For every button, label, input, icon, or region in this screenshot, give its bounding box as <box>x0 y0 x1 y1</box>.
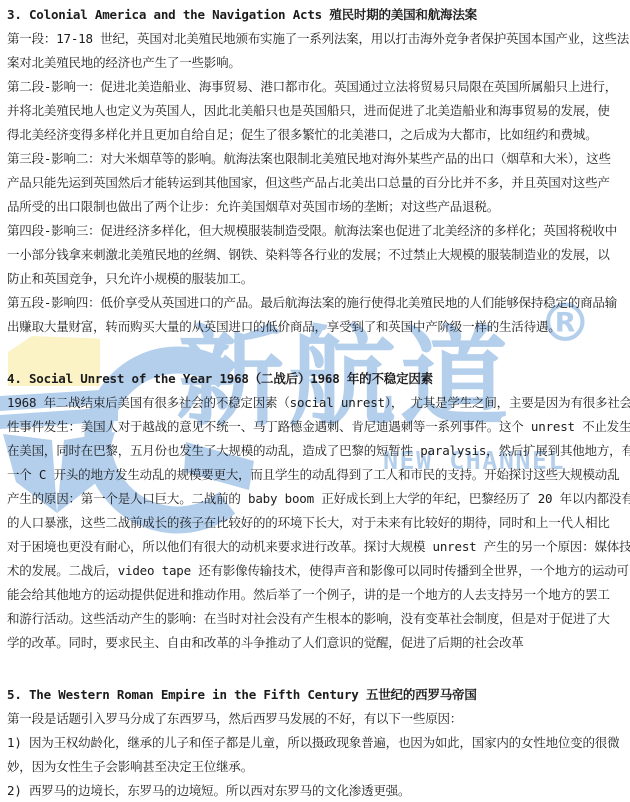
text-line: 第一段：17-18 世纪，英国对北美殖民地颁布实施了一系列法案，用以打击海外竞争… <box>7 27 625 51</box>
text-line: 第三段-影响二：对大米烟草等的影响。航海法案也限制北美殖民地对海外某些产品的出口… <box>7 147 625 171</box>
section-gap <box>7 655 625 683</box>
text-line: 能会给其他地方的运动提供促进和推动作用。然后举了一个例子，讲的是一个地方的人去支… <box>7 583 625 607</box>
text-line: 得北美经济变得多样化并且更加自给自足；促生了很多繁忙的北美港口，之后成为大都市，… <box>7 123 625 147</box>
text-line: 第二段-影响一：促进北美造船业、海事贸易、港口都市化。英国通过立法将贸易只局限在… <box>7 75 625 99</box>
text-line: 对于困境也更没有耐心，所以他们有很大的动机来要求进行改革。探讨大规模 unres… <box>7 535 625 559</box>
text-line: 1) 因为王权幼龄化，继承的儿子和侄子都是儿童，所以摄政现象普遍，也因为如此，国… <box>7 731 625 755</box>
text-line: 2) 西罗马的边境长，东罗马的边境短。所以西对东罗马的文化渗透更强。 <box>7 779 625 802</box>
text-line: 术的发展。二战后，video tape 还有影像传输技术，使得声音和影像可以同时… <box>7 559 625 583</box>
text-line: 案对北美殖民地的经济也产生了一些影响。 <box>7 51 625 75</box>
text-line: 一个 C 开头的地方发生动乱的规模要更大，而且学生的动乱得到了工人和市民的支持。… <box>7 463 625 487</box>
section-title: 3. Colonial America and the Navigation A… <box>7 3 625 27</box>
section-title: 5. The Western Roman Empire in the Fifth… <box>7 683 625 707</box>
text-line: 产生的原因：第一个是人口巨大。二战前的 baby boom 正好成长到上大学的年… <box>7 487 625 511</box>
document-text: 3. Colonial America and the Navigation A… <box>7 3 625 802</box>
text-line: 学的改革。同时，要求民主、自由和改革的斗争推动了人们意识的觉醒，促进了后期的社会… <box>7 631 625 655</box>
text-line: 一小部分钱拿来刺激北美殖民地的丝绸、钢铁、染料等各行业的发展；不过禁止大规模的服… <box>7 243 625 267</box>
section-title: 4. Social Unrest of the Year 1968（二战后）19… <box>7 367 625 391</box>
section-gap <box>7 339 625 367</box>
text-line: 第一段是话题引入罗马分成了东西罗马，然后西罗马发展的不好，有以下一些原因： <box>7 707 625 731</box>
text-line: 1968 年二战结束后美国有很多社会的不稳定因素（social unrest），… <box>7 391 625 415</box>
text-line: 和游行活动。这些活动产生的影响：在当时对社会没有产生根本的影响，没有变革社会制度… <box>7 607 625 631</box>
text-line: 品所受的出口限制也做出了两个让步：允许美国烟草对英国市场的垄断；对这些产品退税。 <box>7 195 625 219</box>
text-line: 第五段-影响四：低价享受从英国进口的产品。最后航海法案的施行使得北美殖民地的人们… <box>7 291 625 315</box>
text-line: 在美国，同时在巴黎，五月份也发生了大规模的动乱，造成了巴黎的短暂性 paraly… <box>7 439 625 463</box>
text-line: 性事件发生：美国人对于越战的意见不统一、马丁路德金遇刺、肯尼迪遇刺等一系列事件。… <box>7 415 625 439</box>
text-line: 并将北美殖民地人也定义为英国人，因此北美船只也是英国船只，进而促进了北美造船业和… <box>7 99 625 123</box>
text-line: 妙，因为女性生子会影响甚至决定王位继承。 <box>7 755 625 779</box>
text-line: 产品只能先运到英国然后才能转运到其他国家，但这些产品占北美出口总量的百分比并不多… <box>7 171 625 195</box>
text-line: 出赚取大量财富，转而购买大量的从英国进口的低价商品，享受到了和英国中产阶级一样的… <box>7 315 625 339</box>
text-line: 防止和英国竞争，只允许小规模的服装加工。 <box>7 267 625 291</box>
text-line: 的人口暴涨，这些二战前成长的孩子在比较好的的环境下长大，对于未来有比较好的期待，… <box>7 511 625 535</box>
text-line: 第四段-影响三：促进经济多样化，但大规模服装制造受限。航海法案也促进了北美经济的… <box>7 219 625 243</box>
